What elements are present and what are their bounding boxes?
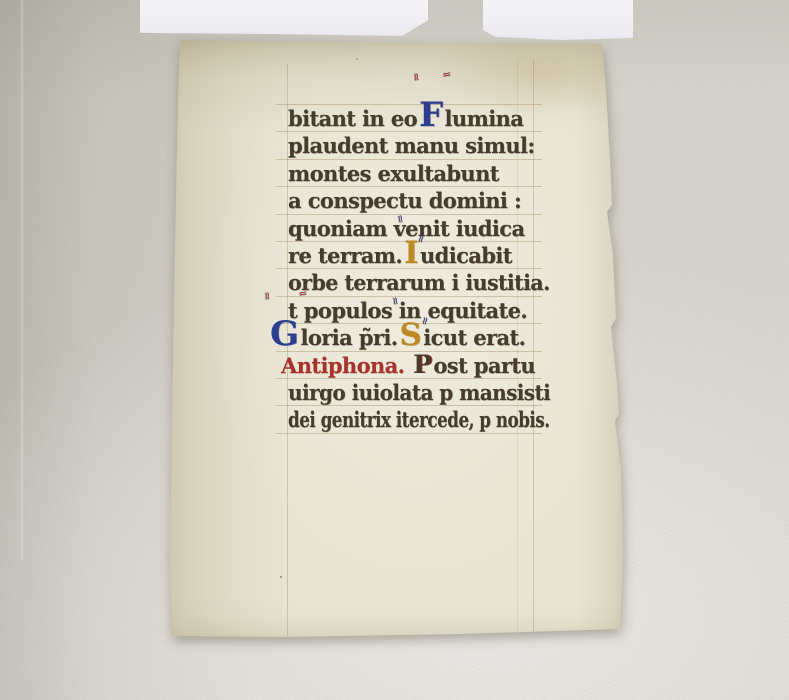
text-segment: icut erat. bbox=[423, 325, 525, 350]
manuscript-text-line: dei genitrix itercede, p nobis. bbox=[288, 406, 550, 434]
manuscript-text-line: a conspectu domini : bbox=[288, 187, 521, 215]
tape-strip-right bbox=[483, 0, 633, 40]
text-segment: bitant in eo bbox=[288, 106, 417, 131]
photo-of-manuscript-leaf: bitant in eoFluminaplaudent manu simul:m… bbox=[0, 0, 789, 700]
text-segment: loria p̃ri. bbox=[300, 325, 397, 350]
manuscript-text-line: uirgo iuiolata p mansisti bbox=[288, 379, 550, 407]
illuminated-initial: P bbox=[413, 350, 431, 379]
manuscript-text-line: montes exultabunt bbox=[288, 160, 499, 188]
text-block: bitant in eoFluminaplaudent manu simul:m… bbox=[160, 36, 630, 642]
illuminated-initial: G bbox=[270, 314, 298, 354]
illuminated-initial: S bbox=[399, 317, 421, 353]
text-segment bbox=[404, 353, 411, 378]
manuscript-text-line: orbe terrarum i iustitia. bbox=[288, 269, 550, 297]
text-segment: uirgo iuiolata p mansisti bbox=[288, 380, 550, 405]
text-segment: lumina bbox=[445, 106, 524, 131]
text-segment: orbe terrarum i iustitia. bbox=[288, 270, 550, 295]
manuscript-text-line: Gloria p̃ri.Sicut erat. bbox=[268, 324, 525, 352]
manuscript-text-line: plaudent manu simul: bbox=[288, 132, 535, 160]
manuscript-leaf: bitant in eoFluminaplaudent manu simul:m… bbox=[160, 36, 630, 642]
text-segment: ost partu bbox=[433, 353, 535, 378]
text-segment: a conspectu domini : bbox=[288, 188, 521, 213]
tape-strip-left bbox=[140, 0, 428, 37]
text-segment: Antiphona. bbox=[281, 353, 404, 378]
illuminated-initial: I bbox=[404, 235, 418, 271]
illuminated-initial: F bbox=[419, 95, 443, 135]
text-segment: udicabit bbox=[420, 243, 512, 268]
text-segment: dei genitrix itercede, p nobis. bbox=[288, 407, 550, 432]
text-segment: plaudent manu simul: bbox=[288, 133, 535, 158]
sewing-hole bbox=[619, 322, 624, 326]
text-segment: montes exultabunt bbox=[288, 161, 499, 186]
manuscript-text-line: Antiphona. Post partu bbox=[281, 352, 535, 380]
vellum-surface: bitant in eoFluminaplaudent manu simul:m… bbox=[160, 36, 630, 642]
wall-crease bbox=[20, 0, 24, 560]
manuscript-text-line: re terram.Iudicabit bbox=[288, 242, 512, 270]
manuscript-text-line: bitant in eoFlumina bbox=[288, 105, 523, 133]
text-segment: re terram. bbox=[288, 243, 402, 268]
